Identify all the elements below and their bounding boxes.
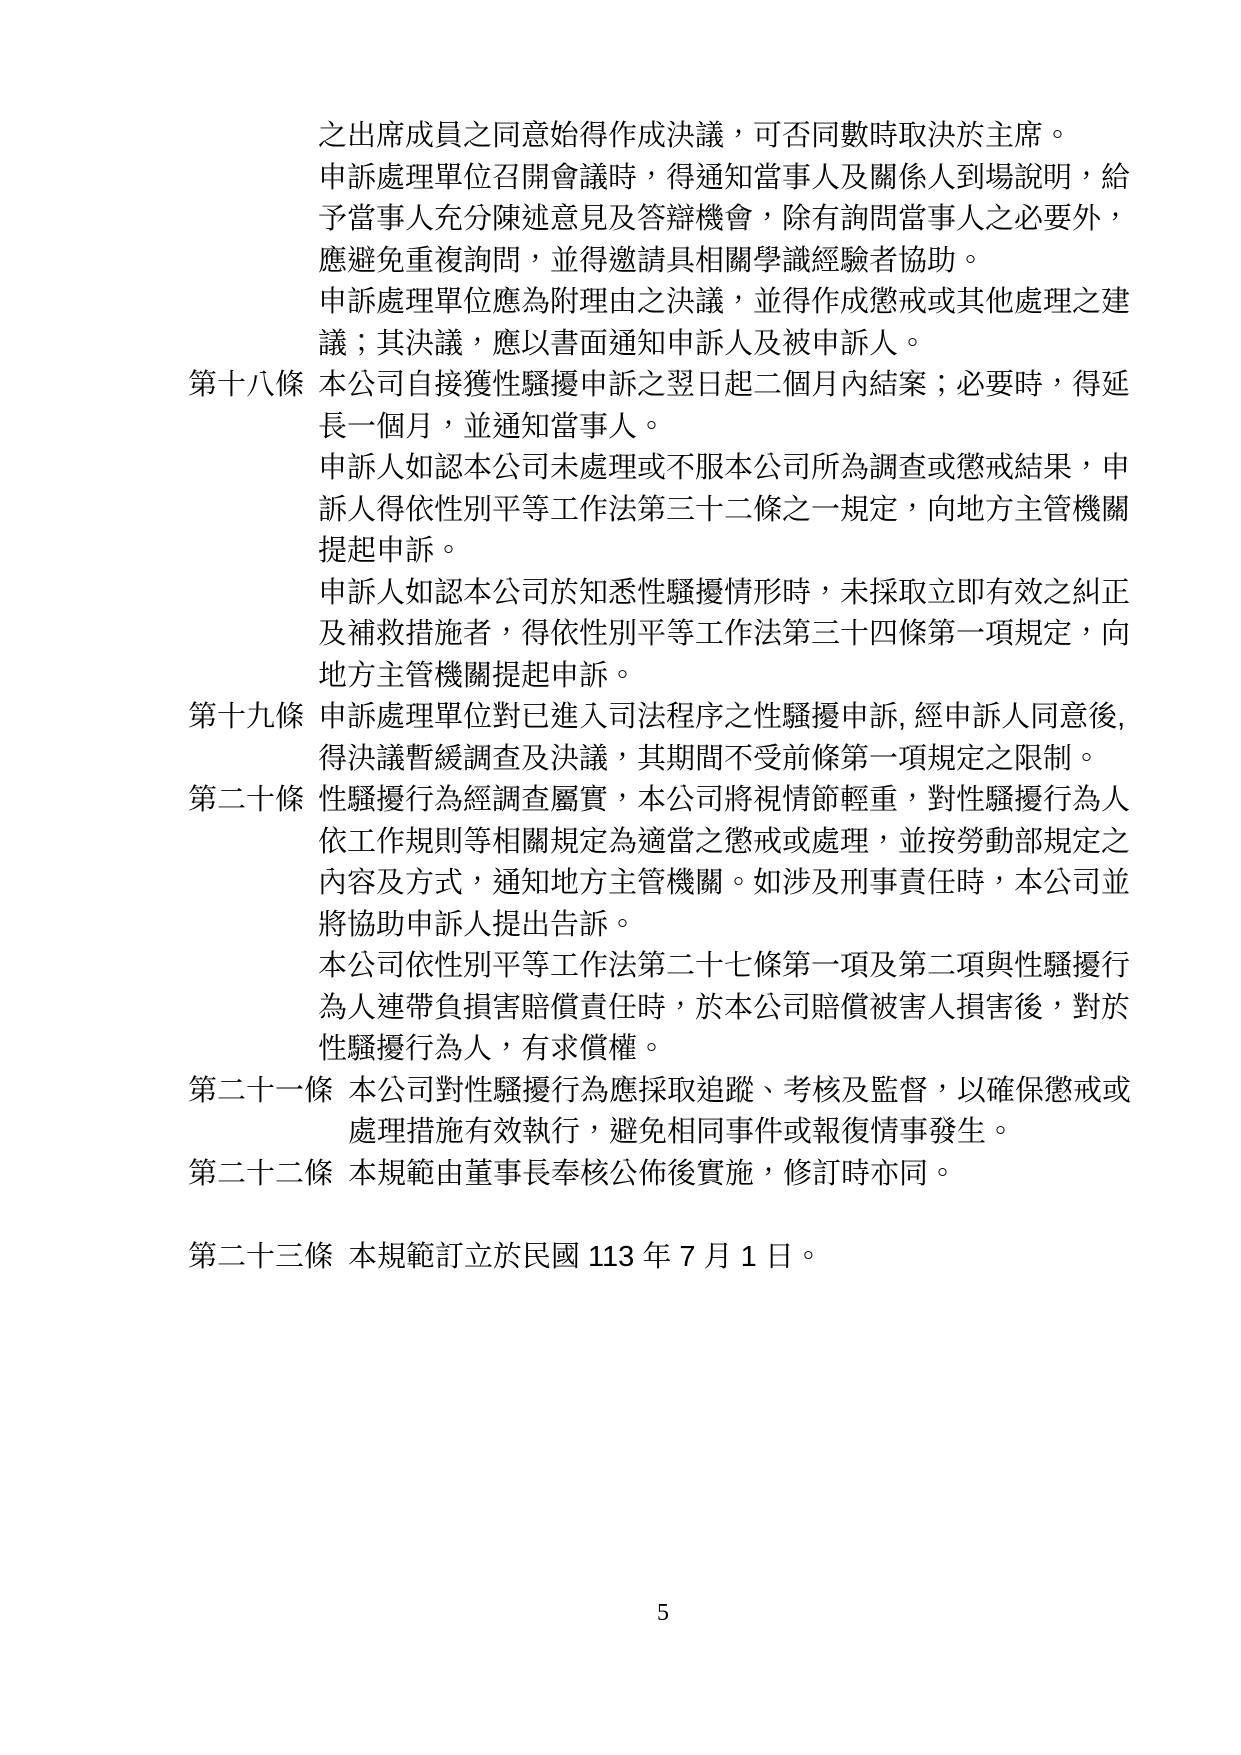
text-line: 本公司依性別平等工作法第二十七條第一項及第二項與性騷擾行 [188, 946, 1148, 988]
text-line: 訴人得依性別平等工作法第三十二條之一規定，向地方主管機關 [188, 490, 1148, 532]
line-text: 性騷擾行為人，有求償權。 [318, 1033, 666, 1065]
text-line: 處理措施有效執行，避免相同事件或報復情事發生。 [188, 1112, 1148, 1154]
text-line: 第二十二條本規範由董事長奉核公佈後實施，修訂時亦同。 [188, 1154, 1148, 1196]
text-line: 第二十條性騷擾行為經調查屬實，本公司將視情節輕重，對性騷擾行為人 [188, 780, 1148, 822]
line-text: 內容及方式，通知地方主管機關。如涉及刑事責任時，本公司並 [318, 867, 1130, 899]
line-text: 為人連帶負損害賠償責任時，於本公司賠償被害人損害後，對於 [318, 992, 1130, 1024]
line-text: 處理措施有效執行，避免相同事件或報復情事發生。 [348, 1116, 1015, 1148]
document-page: { "page": { "background_color": "#ffffff… [0, 0, 1241, 1755]
document-body: 之出席成員之同意始得作成決議，可否同數時取決於主席。申訴處理單位召開會議時，得通… [188, 116, 1148, 1278]
line-text: 將協助申訴人提出告訴。 [318, 909, 637, 941]
page-number: 5 [188, 1598, 1138, 1628]
line-text: 地方主管機關提起申訴。 [318, 660, 637, 692]
article-label: 第二十二條 [188, 1154, 333, 1196]
line-text: 申訴處理單位召開會議時，得通知當事人及關係人到場說明，給 [318, 162, 1130, 194]
line-text: 本規範訂立於民國 113 年 7 月 1 日。 [348, 1241, 823, 1273]
text-line: 申訴處理單位應為附理由之決議，並得作成懲戒或其他處理之建 [188, 282, 1148, 324]
line-text: 本規範由董事長奉核公佈後實施，修訂時亦同。 [348, 1158, 957, 1190]
text-line: 地方主管機關提起申訴。 [188, 656, 1148, 698]
line-text: 本公司自接獲性騷擾申訴之翌日起二個月內結案；必要時，得延 [318, 369, 1130, 401]
text-line: 及補救措施者，得依性別平等工作法第三十四條第一項規定，向 [188, 614, 1148, 656]
line-text: 長一個月，並通知當事人。 [318, 411, 666, 443]
text-line: 提起申訴。 [188, 531, 1148, 573]
article-label: 第二十條 [188, 780, 304, 822]
text-line: 第十八條本公司自接獲性騷擾申訴之翌日起二個月內結案；必要時，得延 [188, 365, 1148, 407]
line-text [318, 1199, 326, 1231]
text-line: 得決議暫緩調查及決議，其期間不受前條第一項規定之限制。 [188, 739, 1148, 781]
text-line: 第二十一條本公司對性騷擾行為應採取追蹤、考核及監督，以確保懲戒或 [188, 1071, 1148, 1113]
article-label: 第二十三條 [188, 1237, 333, 1279]
article-label: 第十九條 [188, 697, 304, 739]
line-text: 依工作規則等相關規定為適當之懲戒或處理，並按勞動部規定之 [318, 826, 1130, 858]
text-line: 應避免重複詢問，並得邀請具相關學識經驗者協助。 [188, 241, 1148, 283]
article-label: 第二十一條 [188, 1071, 333, 1113]
text-line: 議；其決議，應以書面通知申訴人及被申訴人。 [188, 324, 1148, 366]
line-text: 提起申訴。 [318, 535, 463, 567]
text-line: 申訴人如認本公司未處理或不服本公司所為調查或懲戒結果，申 [188, 448, 1148, 490]
article-label: 第十八條 [188, 365, 304, 407]
text-line: 申訴人如認本公司於知悉性騷擾情形時，未採取立即有效之糾正 [188, 573, 1148, 615]
line-text: 申訴人如認本公司未處理或不服本公司所為調查或懲戒結果，申 [318, 452, 1130, 484]
text-line: 第二十三條本規範訂立於民國 113 年 7 月 1 日。 [188, 1237, 1148, 1279]
line-text: 訴人得依性別平等工作法第三十二條之一規定，向地方主管機關 [318, 494, 1130, 526]
line-text: 予當事人充分陳述意見及答辯機會，除有詢問當事人之必要外， [318, 203, 1130, 235]
text-line: 予當事人充分陳述意見及答辯機會，除有詢問當事人之必要外， [188, 199, 1148, 241]
line-text: 申訴人如認本公司於知悉性騷擾情形時，未採取立即有效之糾正 [318, 577, 1130, 609]
text-line: 長一個月，並通知當事人。 [188, 407, 1148, 449]
text-line: 內容及方式，通知地方主管機關。如涉及刑事責任時，本公司並 [188, 863, 1148, 905]
line-text: 本公司對性騷擾行為應採取追蹤、考核及監督，以確保懲戒或 [348, 1075, 1131, 1107]
line-text: 申訴處理單位對已進入司法程序之性騷擾申訴, 經申訴人同意後, [318, 701, 1125, 733]
line-text: 及補救措施者，得依性別平等工作法第三十四條第一項規定，向 [318, 618, 1130, 650]
text-line [188, 1195, 1148, 1237]
line-text: 之出席成員之同意始得作成決議，可否同數時取決於主席。 [318, 120, 1072, 152]
line-text: 申訴處理單位應為附理由之決議，並得作成懲戒或其他處理之建 [318, 286, 1130, 318]
text-line: 第十九條申訴處理單位對已進入司法程序之性騷擾申訴, 經申訴人同意後, [188, 697, 1148, 739]
text-line: 申訴處理單位召開會議時，得通知當事人及關係人到場說明，給 [188, 158, 1148, 200]
text-line: 為人連帶負損害賠償責任時，於本公司賠償被害人損害後，對於 [188, 988, 1148, 1030]
line-text: 性騷擾行為經調查屬實，本公司將視情節輕重，對性騷擾行為人 [318, 784, 1130, 816]
line-text: 議；其決議，應以書面通知申訴人及被申訴人。 [318, 328, 927, 360]
text-line: 將協助申訴人提出告訴。 [188, 905, 1148, 947]
text-line: 依工作規則等相關規定為適當之懲戒或處理，並按勞動部規定之 [188, 822, 1148, 864]
text-line: 之出席成員之同意始得作成決議，可否同數時取決於主席。 [188, 116, 1148, 158]
line-text: 應避免重複詢問，並得邀請具相關學識經驗者協助。 [318, 245, 985, 277]
line-text: 本公司依性別平等工作法第二十七條第一項及第二項與性騷擾行 [318, 950, 1130, 982]
line-text: 得決議暫緩調查及決議，其期間不受前條第一項規定之限制。 [318, 743, 1101, 775]
text-line: 性騷擾行為人，有求償權。 [188, 1029, 1148, 1071]
